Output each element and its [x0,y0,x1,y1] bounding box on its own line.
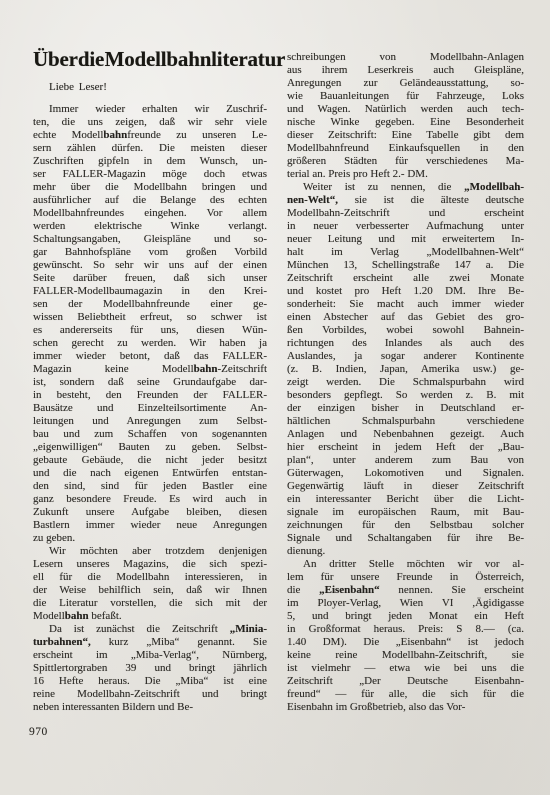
text-line: An dritter Stelle möchten wir vor al- [287,558,524,571]
bold-text: bahn [194,363,218,375]
text: Güterwagen, Lokomotiven und Signalen. [287,467,524,479]
text-line: einen Abstecher auf das Gebiet des gro- [287,311,524,324]
text-line: hältlichen Schmalspurbahn verschiedene [287,415,524,428]
text: Spittlertorgraben 39 und bringt jährlich [33,662,267,674]
text: Wir möchten aber trotzdem denjenigen [49,545,267,557]
text: dieser Zeitschrift: Eine Tabelle gibt de… [287,129,524,141]
text: aus ihrem Leserkreis auch Gleispläne, [287,64,524,76]
bold-text: „Modellbah- [464,181,524,193]
text-line: zeigt werden. Die Schmalspurbahn wird [287,376,524,389]
text-line: ell für die Modellbahn interessieren, in [33,571,267,584]
text-line: plan“, unter anderem zum Bau von [287,454,524,467]
text: freunde zu unseren Le- [127,129,267,141]
text-line: Zeitschrift erscheint alle zwei Monate [287,272,524,285]
text: der Weise behilflich sein, daß wir Ihnen [33,584,267,596]
text: dienung. [287,545,325,557]
text: besonders gepflegt. So werden z. B. mit [287,389,524,401]
text-line: Zuschriften gipfeln in dem Wunsch, un- [33,155,267,168]
text: einen Abstecher auf das Gebiet des gro- [287,311,524,323]
text-line: lem für unsere Freunde in Österreich, [287,571,524,584]
text: ßen Vorbildes, wobei sowohl Bahnein- [287,324,524,336]
text: bau und zum Schaffen von sogenannten [33,428,267,440]
text-line: den sind, sind für jeden Bastler eine [33,480,267,493]
text-line: echte Modellbahnfreunde zu unseren Le- [33,129,267,142]
text-line: ßen Vorbildes, wobei sowohl Bahnein- [287,324,524,337]
text: Modellbahnfreundes eingehen. Vor allem [33,207,267,219]
text-line: reine Modellbahn-Zeitschrift und bringt [33,688,267,701]
text: ausführlicher auf die Belange des echten [33,194,267,206]
text-line: (z. B. Indien, Japan, Amerika usw.) ge- [287,363,524,376]
text-line: Immer wieder erhalten wir Zuschrif- [33,103,267,116]
text-line: Modellbahn befaßt. [33,610,267,623]
text: „eigenwilligen“ Bauten zu geben. Selbst- [33,441,267,453]
text-line: und kostet pro Heft 1.20 DM. Ihre Be- [287,285,524,298]
bold-text: bahn [103,129,127,141]
text: nische Winke gegeben. Eine Besonderheit [287,116,524,128]
text: in Großformat heraus. Preis: S 8.— (ca. [287,623,524,635]
text-line: Bastlern immer wieder neue Anregungen [33,519,267,532]
text-line: ten, die uns zeigen, daß wir sehr viele [33,116,267,129]
scanned-magazine-page: Über die Modellbahnliteratur Liebe Leser… [0,0,550,795]
text: lem für unsere Freunde in Österreich, [287,571,524,583]
bold-text: bahn [65,610,89,622]
text: signale im europäischen Raum, mit Bau- [287,506,524,518]
text: reine Modellbahn-Zeitschrift und bringt [33,688,267,700]
text-line: Signale und Schaltangaben für ihre Be- [287,532,524,545]
text: Bausätze und Einzelteilsortimente An- [33,402,267,414]
text-line: ist vielmehr — etwa wie bei uns die [287,662,524,675]
text: mehr über die Modellbahn bringen und [33,181,267,193]
text-line: Zeitschrift „Der Deutsche Eisenbahn- [287,675,524,688]
text: keine reine Modellbahn-Zeitschrift, sie [287,649,524,661]
paragraph: Immer wieder erhalten wir Zuschrif-ten, … [33,103,267,545]
text: sonderheit: Sie macht auch immer wieder [287,298,524,310]
text-line: Gegenwärtig läuft in dieser Zeitschrift [287,480,524,493]
text-line: Da ist zunächst die Zeitschrift „Minia- [33,623,267,636]
text: sie ist die älteste deutsche [338,194,524,206]
text-line: die Literatur vorstellen, die sich mit d… [33,597,267,610]
text-line: 1.40 DM). Die „Eisenbahn“ ist jedoch [287,636,524,649]
text: im Ployer-Verlag, Wien VI ,Ägidigasse [287,597,524,609]
text: hältlichen Schmalspurbahn verschiedene [287,415,524,427]
text: 1.40 DM). Die „Eisenbahn“ ist jedoch [287,636,524,648]
text-line: gewünscht. So sehr wir uns auf der einen [33,259,267,272]
paragraph: Weiter ist zu nennen, die „Modellbah-nen… [287,181,524,558]
text: Schaltungsangaben, Gleispläne und so- [33,233,267,245]
text-line: Eisenbahn im Großbetrieb, also das Vor- [287,701,524,714]
text-line: zu geben. [33,532,267,545]
column-right: schreibungen von Modellbahn-Anlagenaus i… [287,51,524,714]
page-number: 970 [29,726,48,738]
text: gebaute Gebäude, die nicht jeder besitzt [33,454,267,466]
text-line: im Ployer-Verlag, Wien VI ,Ägidigasse [287,597,524,610]
text: 16 Hefte heraus. Die „Miba“ ist eine [33,675,267,687]
text: sen der Modellbahnfreunde einer ge- [33,298,267,310]
text-line: halt im Verlag „Modellbahnen-Welt“ [287,246,524,259]
text: Modellbahn-Zeitschrift und erscheint [287,207,524,219]
text-line: Güterwagen, Lokomotiven und Signalen. [287,467,524,480]
text: neben interessanten Bildern und Be- [33,701,193,713]
text: Anlagen und Nebenbahnen gezeigt. Auch [287,428,524,440]
text-line: sonderheit: Sie macht auch immer wieder [287,298,524,311]
text-line: 16 Hefte heraus. Die „Miba“ ist eine [33,675,267,688]
text-line: in neuer verbesserter Aufmachung unter [287,220,524,233]
text: ist vielmehr — etwa wie bei uns die [287,662,524,674]
text-line: FALLER-Modellbaumagazin in den Krei- [33,285,267,298]
text-line: werden elektrische Winke verlangt. [33,220,267,233]
text: FALLER-Modellbaumagazin in den Krei- [33,285,267,297]
text: Gegenwärtig läuft in dieser Zeitschrift [287,480,524,492]
text-line: wie Bauanleitungen für Fahrzeuge, Loks [287,90,524,103]
text-line: leitungen und Anregungen zum Selbst- [33,415,267,428]
text-line: turbahnen“, kurz „Miba“ genannt. Sie [33,636,267,649]
text-line: hier erscheint in jedem Heft der „Bau- [287,441,524,454]
text-line: sen der Modellbahnfreunde einer ge- [33,298,267,311]
text: -Zeitschrift [218,363,267,375]
text: Modellbahnfreund Einkaufsquellen in den [287,142,524,154]
text-line: Modellbahn-Zeitschrift und erscheint [287,207,524,220]
text: der einzigen bisher in Deutschland er- [287,402,524,414]
text: wie Bauanleitungen für Fahrzeuge, Loks [287,90,524,102]
text-line: 5, und bringt jeden Monat ein Heft [287,610,524,623]
text-line: Modellbahnfreundes eingehen. Vor allem [33,207,267,220]
text-line: zeichnungen für den Selbstbau solcher [287,519,524,532]
paragraph: Da ist zunächst die Zeitschrift „Minia-t… [33,623,267,714]
text-line: sern zählen dürfen. Die meisten dieser [33,142,267,155]
salutation: Liebe Leser! [33,81,267,94]
text: Immer wieder erhalten wir Zuschrif- [49,103,267,115]
text: zeigt werden. Die Schmalspurbahn wird [287,376,524,388]
text-line: bau und zum Schaffen von sogenannten [33,428,267,441]
text: Anregungen zur Geländeausstattung, so- [287,77,524,89]
text-line: keine reine Modellbahn-Zeitschrift, sie [287,649,524,662]
text-line: besonders gepflegt. So werden z. B. mit [287,389,524,402]
text: ein interessanter Bericht über die Licht… [287,493,524,505]
text: Zeitschrift erscheint alle zwei Monate [287,272,524,284]
text-line: wissen Beliebtheit erfreut, so schwer is… [33,311,267,324]
text-line: in Großformat heraus. Preis: S 8.— (ca. [287,623,524,636]
text: in besteht, den Freunden der FALLER- [33,389,267,401]
text-line: der einzigen bisher in Deutschland er- [287,402,524,415]
text-line: der Weise behilflich sein, daß wir Ihnen [33,584,267,597]
text-line: richtungen des Inlandes als auch des [287,337,524,350]
text: Seite darüber freuen, daß sich unser [33,272,267,284]
text: (z. B. Indien, Japan, Amerika usw.) ge- [287,363,524,375]
text: und Wagen. Natürlich werden auch tech- [287,103,524,115]
text-line: ganz besondere Freude. Es wird auch in [33,493,267,506]
text-line: Seite darüber freuen, daß sich unser [33,272,267,285]
text-line: und Wagen. Natürlich werden auch tech- [287,103,524,116]
text-line: neben interessanten Bildern und Be- [33,701,267,714]
text-line: in besteht, den Freunden der FALLER- [33,389,267,402]
text-line: dienung. [287,545,524,558]
paragraph: schreibungen von Modellbahn-Anlagenaus i… [287,51,524,181]
text-line: neuer Leitung und mit erweitertem In- [287,233,524,246]
text-line: Zukunft unsere Aufgabe bleiben, diesen [33,506,267,519]
text-line: Magazin keine Modellbahn-Zeitschrift [33,363,267,376]
text: 5, und bringt jeden Monat ein Heft [287,610,524,622]
text: kurz „Miba“ genannt. Sie [91,636,267,648]
text: immer wieder betont, daß das FALLER- [33,350,267,362]
text: befaßt. [89,610,122,622]
text-line: „eigenwilligen“ Bauten zu geben. Selbst- [33,441,267,454]
text: hier erscheint in jedem Heft der „Bau- [287,441,524,453]
text: gewünscht. So sehr wir uns auf der einen [33,259,267,271]
text-line: Spittlertorgraben 39 und bringt jährlich [33,662,267,675]
text-line: und die nach eigenen Entwürfen entstan- [33,467,267,480]
text: gar Bahnhofspläne vom großen Vorbild [33,246,267,258]
text: Eisenbahn im Großbetrieb, also das Vor- [287,701,465,713]
paragraph: An dritter Stelle möchten wir vor al-lem… [287,558,524,714]
text: freund“ — für alle, die sich für die [287,688,524,700]
text-line: Bausätze und Einzelteilsortimente An- [33,402,267,415]
text: Magazin keine Modell [33,363,194,375]
text-line: gebaute Gebäude, die nicht jeder besitzt [33,454,267,467]
text-line: Schaltungsangaben, Gleispläne und so- [33,233,267,246]
text: leitungen und Anregungen zum Selbst- [33,415,267,427]
column-left: Über die Modellbahnliteratur Liebe Leser… [33,48,267,714]
text: schreibungen von Modellbahn-Anlagen [287,51,524,63]
text: ser FALLER-Magazin möge doch etwas [33,168,267,180]
text: den sind, sind für jeden Bastler eine [33,480,267,492]
text-line: Anlagen und Nebenbahnen gezeigt. Auch [287,428,524,441]
text-line: Anregungen zur Geländeausstattung, so- [287,77,524,90]
text: es andererseits für uns, diesen Wün- [33,324,267,336]
text: größeren Städten für verschiedenes Ma- [287,155,524,167]
text: ell für die Modellbahn interessieren, in [33,571,267,583]
text-line: immer wieder betont, daß das FALLER- [33,350,267,363]
text-line: ist, sondern daß seine Grundaufgabe dar- [33,376,267,389]
text: sern zählen dürfen. Die meisten dieser [33,142,267,154]
text: ten, die uns zeigen, daß wir sehr viele [33,116,267,128]
bold-text: „Minia- [230,623,267,635]
text-line: ser FALLER-Magazin möge doch etwas [33,168,267,181]
text-line: ein interessanter Bericht über die Licht… [287,493,524,506]
text: An dritter Stelle möchten wir vor al- [303,558,524,570]
text: München 13, Schellingstraße 147 a. Die [287,259,524,271]
text-line: München 13, Schellingstraße 147 a. Die [287,259,524,272]
text: werden elektrische Winke verlangt. [33,220,267,232]
text-line: aus ihrem Leserkreis auch Gleispläne, [287,64,524,77]
text: echte Modell [33,129,103,141]
text: schen gerecht zu werden. Wir haben ja [33,337,267,349]
text: Zukunft unsere Aufgabe bleiben, diesen [33,506,267,518]
text: Weiter ist zu nennen, die [303,181,464,193]
text: Zeitschrift „Der Deutsche Eisenbahn- [287,675,524,687]
text: und die nach eigenen Entwürfen entstan- [33,467,267,479]
text: Bastlern immer wieder neue Anregungen [33,519,267,531]
text: zeichnungen für den Selbstbau solcher [287,519,524,531]
text-line: größeren Städten für verschiedenes Ma- [287,155,524,168]
text-line: mehr über die Modellbahn bringen und [33,181,267,194]
text: Zuschriften gipfeln in dem Wunsch, un- [33,155,267,167]
bold-text: nen-Welt“, [287,194,338,206]
text: terial an. Preis pro Heft 2.- DM. [287,168,428,180]
text-line: Lesern unseres Magazins, die sich spezi- [33,558,267,571]
text-line: Weiter ist zu nennen, die „Modellbah- [287,181,524,194]
paragraph: Wir möchten aber trotzdem denjenigenLese… [33,545,267,623]
text: nennen. Sie erscheint [380,584,524,596]
text: wissen Beliebtheit erfreut, so schwer is… [33,311,267,323]
text: die [287,584,319,596]
page-title: Über die Modellbahnliteratur [33,48,267,71]
text: in neuer verbesserter Aufmachung unter [287,220,524,232]
bold-text: „Eisenbahn“ [319,584,380,596]
text: halt im Verlag „Modellbahnen-Welt“ [287,246,524,258]
text: Da ist zunächst die Zeitschrift [49,623,230,635]
text: richtungen des Inlandes als auch des [287,337,524,349]
text: Lesern unseres Magazins, die sich spezi- [33,558,267,570]
text: ganz besondere Freude. Es wird auch in [33,493,267,505]
bold-text: turbahnen“, [33,636,91,648]
text: und kostet pro Heft 1.20 DM. Ihre Be- [287,285,524,297]
text-line: nen-Welt“, sie ist die älteste deutsche [287,194,524,207]
text-line: schen gerecht zu werden. Wir haben ja [33,337,267,350]
text-line: erscheint im „Miba-Verlag“, Nürnberg, [33,649,267,662]
text: plan“, unter anderem zum Bau von [287,454,524,466]
text: erscheint im „Miba-Verlag“, Nürnberg, [33,649,267,661]
text: Auslandes, ja sogar anderer Kontinente [287,350,524,362]
text-line: signale im europäischen Raum, mit Bau- [287,506,524,519]
text-line: ausführlicher auf die Belange des echten [33,194,267,207]
text-line: freund“ — für alle, die sich für die [287,688,524,701]
text-line: Modellbahnfreund Einkaufsquellen in den [287,142,524,155]
text-line: nische Winke gegeben. Eine Besonderheit [287,116,524,129]
text: Modell [33,610,65,622]
text-line: terial an. Preis pro Heft 2.- DM. [287,168,524,181]
text: Signale und Schaltangaben für ihre Be- [287,532,524,544]
text-line: Auslandes, ja sogar anderer Kontinente [287,350,524,363]
text-line: dieser Zeitschrift: Eine Tabelle gibt de… [287,129,524,142]
text: zu geben. [33,532,75,544]
text-line: gar Bahnhofspläne vom großen Vorbild [33,246,267,259]
text-line: es andererseits für uns, diesen Wün- [33,324,267,337]
text: ist, sondern daß seine Grundaufgabe dar- [33,376,267,388]
text: die Literatur vorstellen, die sich mit d… [33,597,267,609]
text-line: die „Eisenbahn“ nennen. Sie erscheint [287,584,524,597]
text-line: Wir möchten aber trotzdem denjenigen [33,545,267,558]
text-line: schreibungen von Modellbahn-Anlagen [287,51,524,64]
text: neuer Leitung und mit erweitertem In- [287,233,524,245]
